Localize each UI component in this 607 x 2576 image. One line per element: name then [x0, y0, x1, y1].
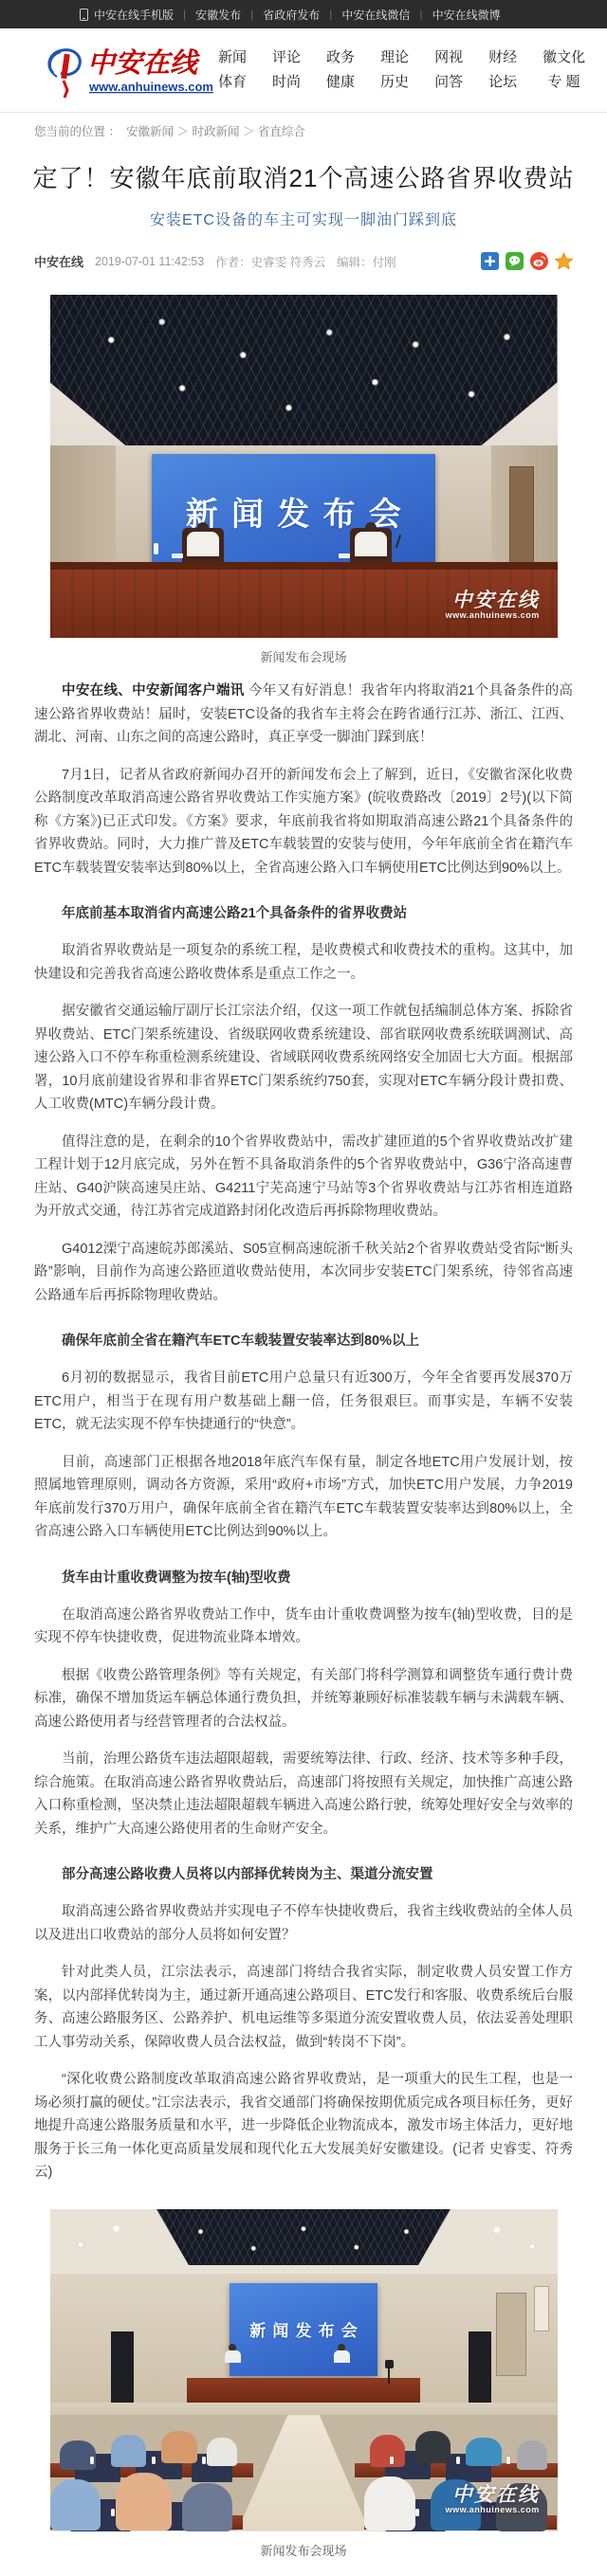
article-paragraph: 在取消高速公路省界收费站工作中，货车由计重收费调整为按车(轴)型收费，目的是实现…	[34, 1604, 573, 1650]
water-bottle	[152, 2457, 156, 2464]
article-paragraph: 针对此类人员，江宗法表示，高速部门将结合我省实际，制定收费人员安置工作方案，以内…	[34, 1961, 573, 2054]
site-logo[interactable]: 中安在线 www.anhuinews.com	[40, 41, 218, 100]
breadcrumb-links: 安徽新闻 ＞ 时政新闻 ＞ 省直综合	[126, 122, 305, 139]
logo-url: www.anhuinews.com	[88, 80, 213, 94]
led-screen: 新闻发布会	[230, 2283, 377, 2377]
audience-member	[370, 2435, 405, 2467]
watermark-title: 中安在线	[446, 2484, 540, 2506]
water-bottle	[415, 2509, 419, 2516]
screen-text: 新闻发布会	[243, 2317, 364, 2341]
audience-member	[50, 2479, 101, 2531]
audience-member	[466, 2438, 501, 2467]
topbar-link[interactable]: 中安在线微信	[332, 7, 419, 23]
topbar-link[interactable]: 中安在线手机版	[94, 7, 183, 23]
figure-press-conference-2: 新闻发布会 中安在线 www.anhuinews.com 新闻发布会现场	[34, 2209, 573, 2559]
topbar-link[interactable]: 省政府发布	[253, 7, 329, 23]
page-end-spacer	[0, 2570, 607, 2576]
breadcrumb-separator: ＞	[174, 125, 192, 138]
left-wall	[50, 445, 117, 572]
water-bottle	[390, 2457, 394, 2464]
speaker-tower-left	[111, 2331, 134, 2409]
photo-watermark: 中安在线 www.anhuinews.com	[446, 2484, 540, 2515]
nav-column: 网视问答	[434, 49, 463, 91]
audience-member	[161, 2431, 196, 2463]
video-camera	[385, 2360, 394, 2368]
article-text: 中安在线、中安新闻客户端讯 今年又有好消息！我省年内将取消21个具备条件的高速公…	[34, 680, 573, 2185]
nav-item[interactable]: 时尚	[272, 74, 301, 91]
audience-member	[415, 2431, 451, 2463]
nav-column: 徽文化专 题	[543, 49, 585, 91]
article-meta: 中安在线 2019-07-01 11:42:53 作者：史睿雯 符秀云 编辑：付…	[34, 252, 573, 270]
article-paragraph: 取消省界收费站是一项复杂的系统工程，是收费模式和收费技术的重构。这其中，加快建设…	[34, 939, 573, 986]
share-bar	[481, 252, 573, 270]
article-section-heading: 确保年底前全省在籍汽车ETC车载装置安装率达到80%以上	[34, 1330, 573, 1352]
article-paragraph: G4012溧宁高速皖苏郎溪站、S05宣桐高速皖浙千秋关站2个省界收费站受省际“断…	[34, 1238, 573, 1308]
breadcrumb-link[interactable]: 省直综合	[258, 125, 305, 138]
publish-datetime: 2019-07-01 11:42:53	[95, 255, 204, 268]
press-conference-photo-2: 新闻发布会 中安在线 www.anhuinews.com	[50, 2209, 558, 2531]
article-title: 定了！安徽年底前取消21个高速公路省界收费站	[28, 162, 579, 194]
window	[534, 2286, 549, 2331]
water-bottle	[90, 2457, 94, 2464]
logo-graphic: 中安在线 www.anhuinews.com	[40, 41, 218, 100]
audience-member	[182, 2483, 233, 2531]
audience-member	[364, 2476, 415, 2531]
article-paragraph: 据安徽省交通运输厅副厅长江宗法介绍，仅这一项工作就包括编制总体方案、拆除省界收费…	[34, 1000, 573, 1116]
top-utility-bar: 中安在线手机版|安徽发布|省政府发布|中安在线微信|中安在线微博	[0, 0, 607, 28]
article-paragraph: 取消高速公路省界收费站并实现电子不停车快捷收费后，我省主线收费站的全体人员以及进…	[34, 1900, 573, 1947]
share-weibo-button[interactable]	[530, 252, 548, 270]
breadcrumb-link[interactable]: 时政新闻	[192, 125, 239, 138]
share-favorite-button[interactable]	[555, 252, 573, 270]
lead-source-prefix: 中安在线、中安新闻客户端讯	[62, 683, 245, 698]
nav-item[interactable]: 政务	[326, 49, 355, 66]
photo-caption: 新闻发布会现场	[34, 2541, 573, 2559]
article-paragraph: 7月1日，记者从省政府新闻办召开的新闻发布会上了解到，近日，《安徽省深化收费公路…	[34, 764, 573, 880]
photo-caption: 新闻发布会现场	[34, 647, 573, 665]
nav-item[interactable]: 财经	[488, 49, 517, 66]
nav-item[interactable]: 历史	[380, 74, 409, 91]
nav-item[interactable]: 徽文化	[543, 49, 585, 66]
name-plate	[172, 553, 183, 558]
nav-item[interactable]: 体育	[218, 74, 247, 91]
audience-member	[60, 2440, 95, 2470]
site-header: 中安在线 www.anhuinews.com 新闻体育评论时尚政务健康理论历史网…	[0, 28, 607, 112]
audience-member	[517, 2440, 547, 2470]
nav-item[interactable]: 问答	[434, 74, 463, 91]
share-more-button[interactable]	[481, 252, 499, 270]
nav-column: 财经论坛	[488, 49, 517, 91]
nav-item[interactable]: 论坛	[488, 74, 517, 91]
article-paragraph: 6月初的数据显示，我省目前ETC用户总量只有近300万，今年全省要再发展370万…	[34, 1367, 573, 1437]
nav-item[interactable]: 网视	[434, 49, 463, 66]
nav-item[interactable]: 评论	[272, 49, 301, 66]
ceiling-grid-lights	[156, 2209, 451, 2266]
article-paragraph: 值得注意的是，在剩余的10个省界收费站中，需改扩建匝道的5个省界收费站改扩建工程…	[34, 1131, 573, 1224]
topbar-links: 中安在线手机版|安徽发布|省政府发布|中安在线微信|中安在线微博	[94, 7, 510, 23]
audience-member	[207, 2438, 237, 2467]
name-plate	[339, 553, 350, 558]
audience-member	[111, 2435, 146, 2467]
article-paragraph: “深化收费公路制度改革取消高速公路省界收费站，是一项重大的民生工程，也是一场必须…	[34, 2068, 573, 2185]
article-paragraph: 根据《收费公路管理条例》等有关规定，有关部门将科学测算和调整货车通行费计费标准，…	[34, 1664, 573, 1734]
water-bottle	[154, 543, 158, 554]
nav-item[interactable]: 新闻	[218, 49, 247, 66]
breadcrumb-separator: ＞	[239, 125, 257, 138]
nav-item[interactable]: 理论	[380, 49, 409, 66]
speaker-tower-right	[469, 2331, 491, 2409]
water-bottle	[202, 2457, 206, 2464]
article-section-heading: 年底前基本取消省内高速公路21个具备条件的省界收费站	[34, 902, 573, 925]
topbar-link[interactable]: 中安在线微博	[423, 7, 510, 23]
article-section-heading: 部分高速公路收费人员将以内部择优转岗为主、渠道分流安置	[34, 1863, 573, 1886]
water-bottle	[456, 2457, 460, 2464]
nav-column: 评论时尚	[272, 49, 301, 91]
article-body: 新闻发布会 中安在线 www.anhuinews.com 新闻发布会现场 中安在…	[0, 295, 607, 2570]
nav-item[interactable]: 专 题	[543, 74, 585, 91]
article-paragraph: 当前，治理公路货车违法超限超载，需要统筹法律、行政、经济、技术等多种手段，综合施…	[34, 1748, 573, 1841]
article-subtitle: 安装ETC设备的车主可实现一脚油门踩到底	[0, 208, 607, 229]
article-lead-paragraph: 中安在线、中安新闻客户端讯 今年又有好消息！我省年内将取消21个具备条件的高速公…	[34, 680, 573, 750]
press-conference-photo-1: 新闻发布会 中安在线 www.anhuinews.com	[50, 295, 558, 638]
door	[509, 466, 535, 570]
figure-press-conference-1: 新闻发布会 中安在线 www.anhuinews.com 新闻发布会现场	[34, 295, 573, 665]
main-navigation: 新闻体育评论时尚政务健康理论历史网视问答财经论坛徽文化专 题	[218, 49, 598, 91]
breadcrumb-prefix: 您当前的位置 ：	[34, 122, 120, 139]
mobile-phone-icon	[80, 9, 88, 21]
nav-column: 政务健康	[326, 49, 355, 91]
breadcrumb-link[interactable]: 安徽新闻	[126, 125, 174, 138]
watermark-url: www.anhuinews.com	[446, 2506, 540, 2515]
breadcrumb: 您当前的位置 ： 安徽新闻 ＞ 时政新闻 ＞ 省直综合	[0, 112, 607, 147]
share-wechat-button[interactable]	[506, 252, 524, 270]
water-bottle	[506, 2457, 510, 2464]
photo-watermark: 中安在线 www.anhuinews.com	[446, 590, 540, 621]
nav-item[interactable]: 健康	[326, 74, 355, 91]
ceiling-grid-lights	[50, 295, 558, 445]
watermark-title: 中安在线	[446, 590, 540, 611]
author: 作者：史睿雯 符秀云	[215, 253, 325, 270]
water-bottle	[111, 2509, 115, 2516]
door	[496, 2293, 526, 2376]
article-paragraph: 目前，高速部门正根据各地2018年底汽车保有量，制定各地ETC用户发展计划，按照…	[34, 1451, 573, 1544]
logo-title: 中安在线	[87, 48, 200, 79]
editor: 编辑：付刚	[337, 253, 396, 270]
source-name: 中安在线	[34, 252, 83, 270]
nav-column: 新闻体育	[218, 49, 247, 91]
watermark-url: www.anhuinews.com	[446, 611, 540, 621]
article-section-heading: 货车由计重收费调整为按车(轴)型收费	[34, 1567, 573, 1589]
topbar-link[interactable]: 安徽发布	[186, 7, 250, 23]
nav-column: 理论历史	[380, 49, 409, 91]
audience-member	[116, 2473, 172, 2531]
